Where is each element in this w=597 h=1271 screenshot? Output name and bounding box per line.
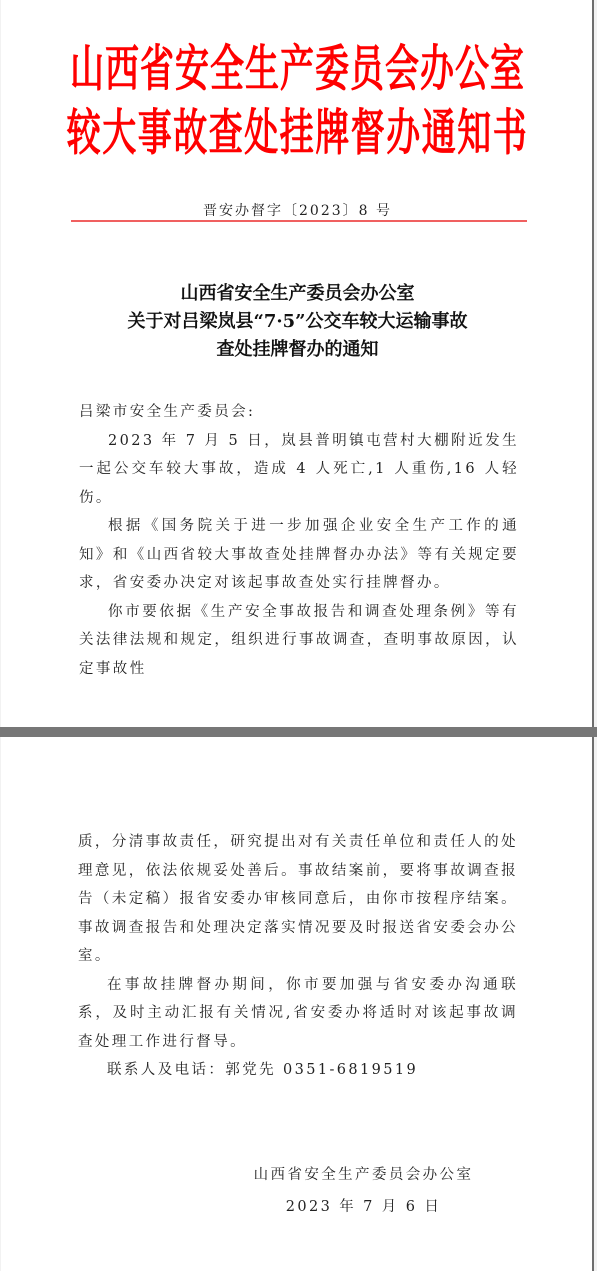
notice-body-page-2: 质，分清事故责任，研究提出对有关责任单位和责任人的处理意见，依法依规妥处善后。事… (78, 828, 518, 1085)
paragraph-supervision: 在事故挂牌督办期间，你市要加强与省安委办沟通联系，及时主动汇报有关情况,省安委办… (78, 971, 518, 1057)
subject-line-2: 关于对吕梁岚县“7·5”公交车较大运输事故 (1, 308, 594, 336)
notice-subject-title: 山西省安全生产委员会办公室 关于对吕梁岚县“7·5”公交车较大运输事故 查处挂牌… (1, 280, 594, 364)
page-break-separator (0, 727, 597, 737)
red-divider-line (71, 220, 527, 222)
red-header-title-line-2: 较大事故查处挂牌督办通知书 (1, 104, 594, 153)
page-1: 山西省安全生产委员会办公室 较大事故查处挂牌督办通知书 晋安办督字〔2023〕8… (1, 0, 594, 727)
paragraph-basis: 根据《国务院关于进一步加强企业安全生产工作的通知》和《山西省较大事故查处挂牌督办… (79, 512, 519, 598)
paragraph-requirements: 你市要依据《生产安全事故报告和调查处理条例》等有关法律法规和规定，组织进行事故调… (79, 598, 519, 684)
notice-body-page-1: 吕梁市安全生产委员会: 2023 年 7 月 5 日，岚县普明镇屯营村大棚附近发… (79, 398, 519, 683)
document-number: 晋安办督字〔2023〕8 号 (1, 200, 594, 220)
subject-line-1: 山西省安全生产委员会办公室 (1, 280, 594, 308)
signature-organization: 山西省安全生产委员会办公室 (67, 1163, 597, 1184)
document-viewer[interactable]: 山西省安全生产委员会办公室 较大事故查处挂牌督办通知书 晋安办督字〔2023〕8… (0, 0, 597, 1271)
contact-info: 联系人及电话：郭党先 0351-6819519 (78, 1056, 518, 1085)
signature-date: 2023 年 7 月 6 日 (67, 1195, 597, 1216)
subject-line-3: 查处挂牌督办的通知 (1, 336, 594, 364)
red-header-title-line-1: 山西省安全生产委员会办公室 (1, 40, 594, 89)
paragraph-requirements-continued: 质，分清事故责任，研究提出对有关责任单位和责任人的处理意见，依法依规妥处善后。事… (78, 828, 518, 971)
salutation: 吕梁市安全生产委员会: (79, 398, 519, 427)
paragraph-incident: 2023 年 7 月 5 日，岚县普明镇屯营村大棚附近发生一起公交车较大事故，造… (79, 427, 519, 513)
